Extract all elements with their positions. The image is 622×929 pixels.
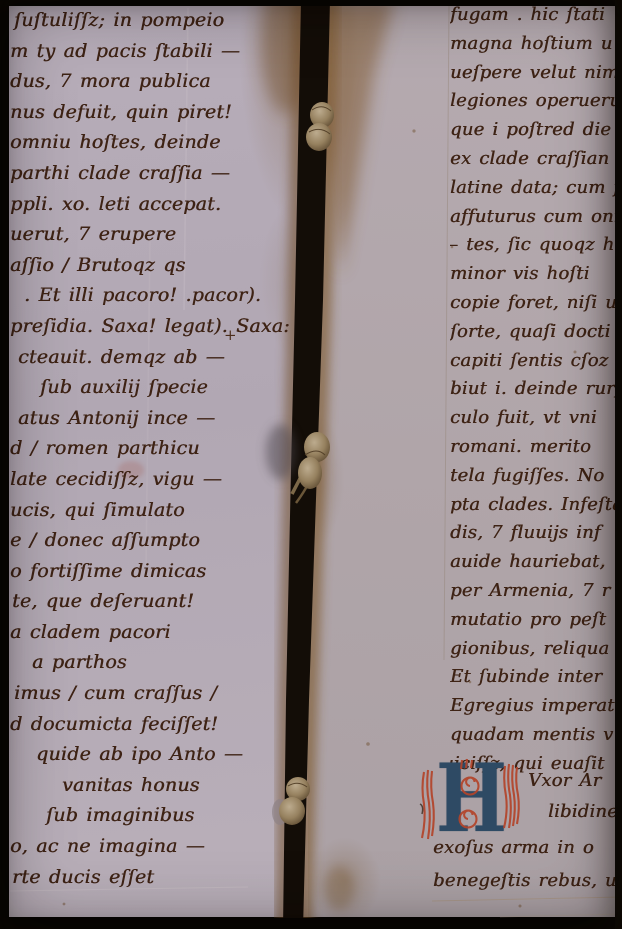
manuscript-line: imus / cum craſſus /: [14, 678, 304, 709]
manuscript-line: — tes, ſic quoqz hoſ: [450, 231, 622, 260]
manuscript-line: ex clade craſſian: [450, 145, 622, 174]
manuscript-line: Et ſubinde inter: [450, 663, 622, 692]
manuscript-line: cteauit. demqz ab —: [18, 342, 304, 373]
right-page-text: fugam . hic ſtatimagna hoſtium uueſpere …: [450, 1, 622, 781]
manuscript-line: pta clades. Infeſta: [450, 491, 622, 520]
manuscript-line: romani. merito: [450, 433, 622, 462]
manuscript-line: latine data; cum ſ: [450, 174, 622, 203]
manuscript-line: que i poſtred die: [450, 116, 622, 145]
manuscript-line: m ty ad pacis ſtabili —: [10, 36, 304, 67]
stain-bottom-right: [324, 866, 354, 910]
manuscript-line: late cecidiſſz, vigu —: [10, 464, 304, 495]
manuscript-line: auide hauriebat,: [450, 548, 622, 577]
manuscript-line: per Armenia, 7 r: [450, 577, 622, 606]
manuscript-line: ueſpere velut nim: [450, 59, 622, 88]
manuscript-line: legiones operuerut: [450, 87, 622, 116]
manuscript-line: ſorte, quaſi docti: [450, 318, 622, 347]
manuscript-line: quide ab ipo Anto —: [36, 739, 304, 770]
photo-frame-bottom: [0, 918, 622, 929]
right-page-ruling-bottom: [432, 897, 622, 901]
manuscript-line: parthi clade craſſia —: [10, 158, 304, 189]
manuscript-line: omniu hoſtes, deinde: [10, 127, 304, 158]
manuscript-line: benegeſtis rebus, u: [433, 870, 622, 891]
manuscript-line: ppli. xo. leti accepat.: [10, 189, 304, 220]
left-page-text: ſuſtuliſſz; in pompeiom ty ad pacis ſtab…: [10, 5, 304, 913]
right-page-ruling-bottom-2: [500, 914, 622, 917]
manuscript-line: e / donec aſſumpto: [10, 525, 304, 556]
manuscript-line: a parthos: [32, 647, 304, 678]
manuscript-line: a cladem pacori: [10, 617, 304, 648]
manuscript-line: ſuſtuliſſz; in pompeio: [14, 5, 304, 36]
gutter-stain-top-right: [325, 0, 394, 276]
manuscript-line: Vxor Ar: [528, 770, 622, 791]
manuscript-line: d / romen parthicu: [10, 433, 304, 464]
decorated-initial-block: H: [418, 756, 524, 852]
marginal-cross-mark: +: [224, 326, 237, 344]
manuscript-line: rte ducis eſſet: [12, 862, 304, 893]
manuscript-line: tela fugiſſes. No: [450, 462, 622, 491]
photo-frame-top: [0, 0, 622, 6]
red-penwork-flourish: [418, 756, 524, 852]
manuscript-line: ſub auxilij ſpecie: [40, 372, 304, 403]
manuscript-line: affuturus cum oni: [450, 203, 622, 232]
manuscript-line: ucis, qui ſimulato: [10, 495, 304, 526]
manuscript-line: o fortiſſime dimicas: [10, 556, 304, 587]
manuscript-line: aſſio / Brutoqz qs: [10, 250, 304, 281]
manuscript-line: te, que deſeruant!: [12, 586, 304, 617]
manuscript-line: nus defuit, quin piret!: [10, 97, 304, 128]
manuscript-photo: ſuſtuliſſz; in pompeiom ty ad pacis ſtab…: [0, 0, 622, 929]
manuscript-line: dus, 7 mora publica: [10, 66, 304, 97]
manuscript-line: Egregius imperat: [450, 692, 622, 721]
guide-letter-mark: [420, 804, 423, 814]
manuscript-line: minor vis hoſti: [450, 260, 622, 289]
manuscript-line: . Et illi pacoro! .pacor).: [24, 280, 304, 311]
manuscript-line: vanitas honus: [62, 770, 304, 801]
manuscript-line: biut i. deinde rurſi: [450, 375, 622, 404]
manuscript-line: uerut, 7 erupere: [10, 219, 304, 250]
manuscript-line: libidine: [548, 801, 622, 822]
manuscript-line: copie foret, niſi u: [450, 289, 622, 318]
manuscript-line: ſub imaginibus: [46, 800, 304, 831]
manuscript-line: dis, 7 fluuijs inf: [450, 519, 622, 548]
manuscript-line: atus Antonij ince —: [18, 403, 304, 434]
manuscript-line: capiti ſentis cſoz: [450, 347, 622, 376]
manuscript-line: d documicta feciſſet!: [10, 709, 304, 740]
manuscript-line: o, ac ne imagina —: [10, 831, 304, 862]
manuscript-line: preſidia. Saxa! legat). Saxa:: [10, 311, 304, 342]
manuscript-line: magna hoſtium u: [450, 30, 622, 59]
photo-frame-right: [615, 0, 622, 929]
manuscript-line: gionibus, reliqua: [450, 635, 622, 664]
photo-frame-left: [0, 0, 9, 929]
manuscript-line: culo fuit, vt vni: [450, 404, 622, 433]
right-page-margin-ruling: [444, 6, 449, 660]
manuscript-line: mutatio pro peſt: [450, 606, 622, 635]
